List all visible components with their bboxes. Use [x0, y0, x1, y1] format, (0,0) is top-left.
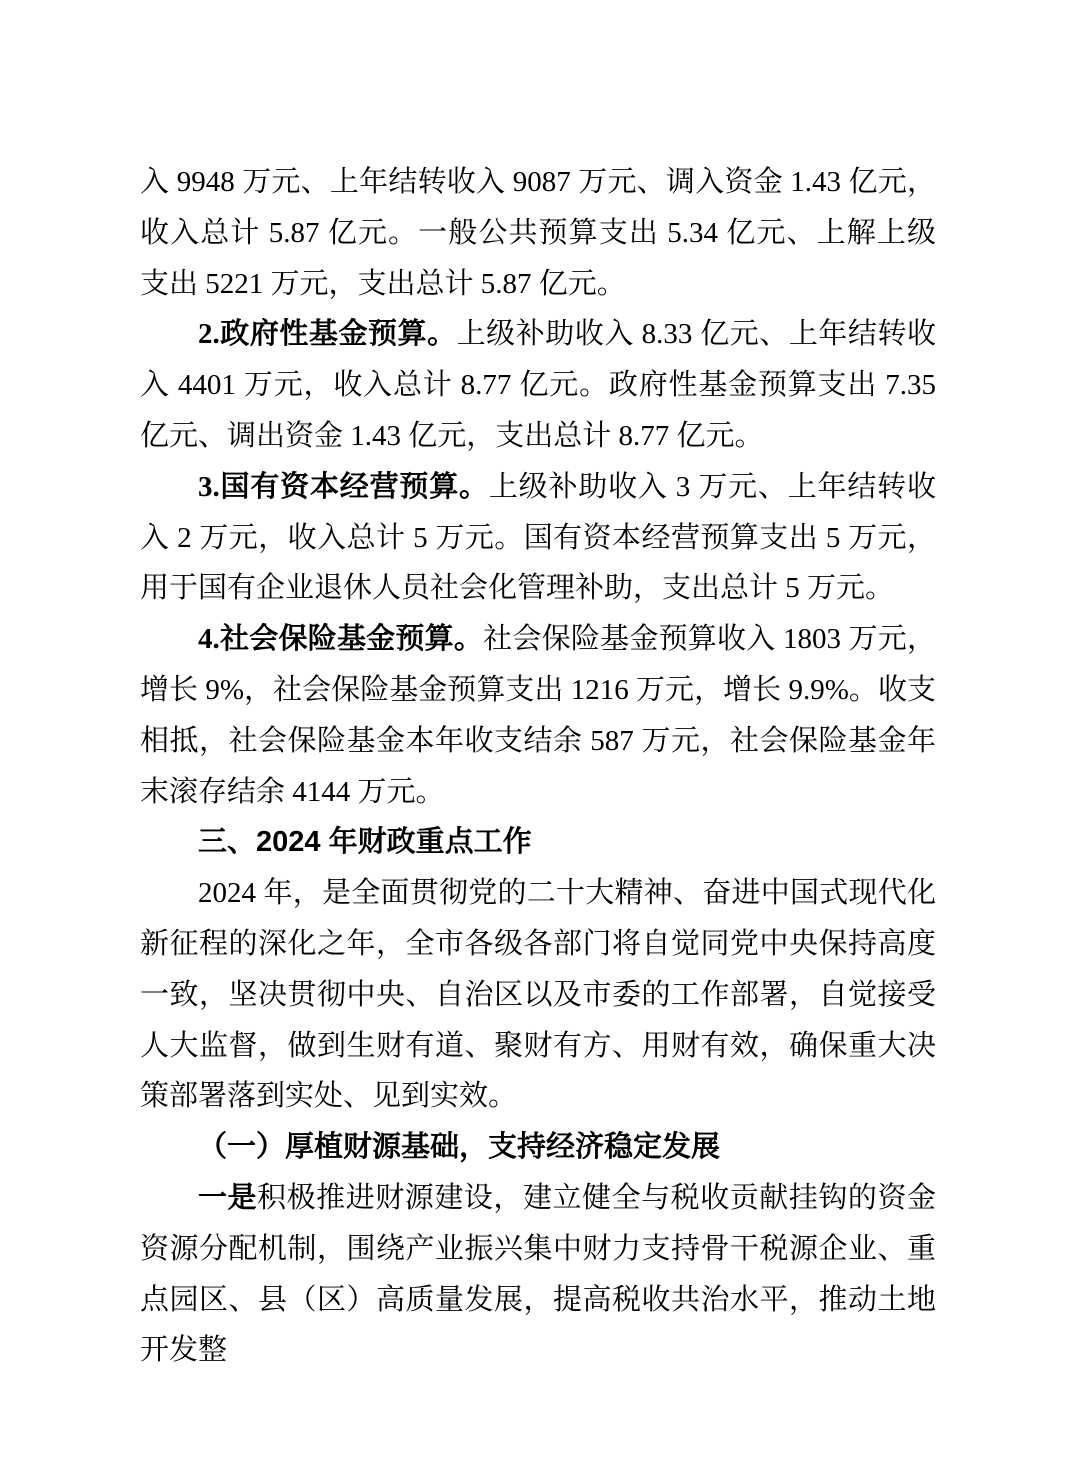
paragraph: 2.政府性基金预算。上级补助收入 8.33 亿元、上年结转收入 4401 万元，… — [140, 309, 936, 461]
paragraph: 2024 年，是全面贯彻党的二十大精神、奋进中国式现代化新征程的深化之年，全市各… — [140, 868, 936, 1122]
document-content: 入 9948 万元、上年结转收入 9087 万元、调入资金 1.43 亿元，收入… — [140, 157, 936, 1376]
text-run: 入 9948 万元、上年结转收入 9087 万元、调入资金 1.43 亿元，收入… — [140, 166, 936, 300]
bold-text-run: 3.国有资本经营预算。 — [198, 471, 489, 503]
paragraph: 入 9948 万元、上年结转收入 9087 万元、调入资金 1.43 亿元，收入… — [140, 157, 936, 309]
bold-text-run: （一）厚植财源基础，支持经济稳定发展 — [198, 1131, 720, 1163]
bold-text-run: 一是 — [198, 1182, 257, 1214]
section-heading: 三、2024 年财政重点工作 — [140, 817, 936, 868]
subsection-heading: （一）厚植财源基础，支持经济稳定发展 — [140, 1122, 936, 1173]
paragraph: 3.国有资本经营预算。上级补助收入 3 万元、上年结转收入 2 万元，收入总计 … — [140, 462, 936, 614]
bold-text-run: 三、2024 年财政重点工作 — [198, 826, 532, 858]
text-run: 积极推进财源建设，建立健全与税收贡献挂钩的资金资源分配机制，围绕产业振兴集中财力… — [140, 1182, 936, 1366]
document-page: 入 9948 万元、上年结转收入 9087 万元、调入资金 1.43 亿元，收入… — [0, 0, 1074, 1484]
bold-text-run: 2.政府性基金预算。 — [198, 318, 457, 350]
paragraph: 一是积极推进财源建设，建立健全与税收贡献挂钩的资金资源分配机制，围绕产业振兴集中… — [140, 1173, 936, 1376]
paragraph: 4.社会保险基金预算。社会保险基金预算收入 1803 万元，增长 9%，社会保险… — [140, 614, 936, 817]
text-run: 2024 年，是全面贯彻党的二十大精神、奋进中国式现代化新征程的深化之年，全市各… — [140, 877, 936, 1112]
bold-text-run: 4.社会保险基金预算。 — [198, 623, 483, 655]
